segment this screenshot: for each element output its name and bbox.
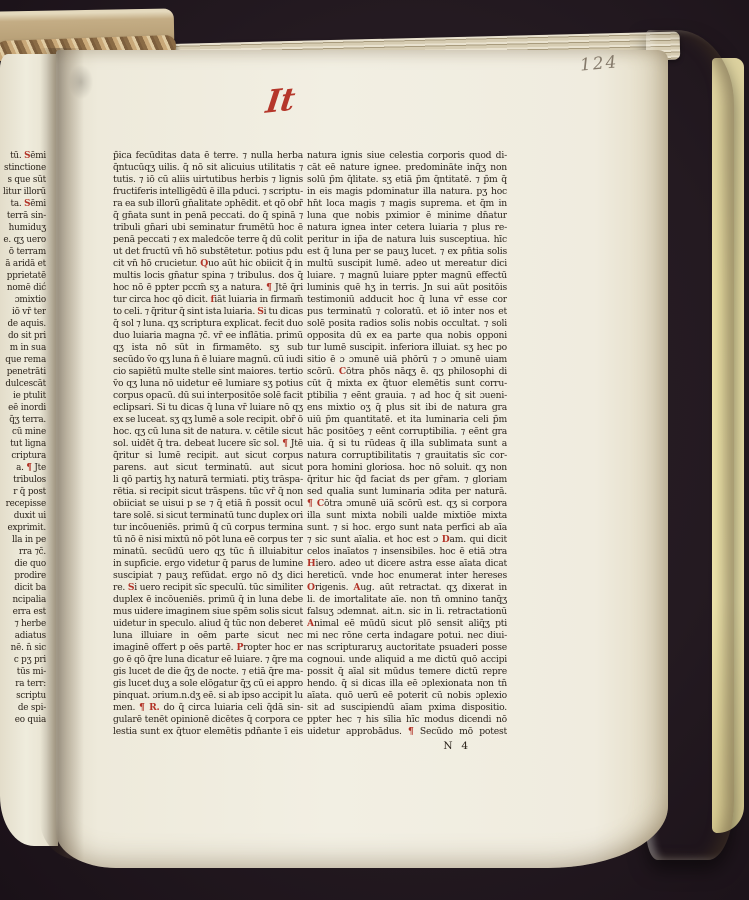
text-line: to celi. ⁊ q̄ritur q̄ sint ista luiaria.…: [113, 306, 303, 318]
text-line: aīata. quō uerū eē poterit cū nobis ɔple…: [307, 690, 507, 702]
text-line: mi nec rōne certa indagare potui. nec di…: [307, 630, 507, 642]
text-line: re. Si uero recipit sīc speculū. tūc sim…: [113, 582, 303, 594]
text-line: go ē qō q̄re luna dicatur eē luiare. ⁊ q…: [113, 654, 303, 666]
facing-page-line: ō terram: [0, 246, 46, 258]
facing-page-line: ā aridā et: [0, 258, 46, 270]
text-line: cāt eē nature ignee. predomināte inq̄ʒ n…: [307, 162, 507, 174]
text-line: duplex ē incōueniēs. primū q̄ in luna de…: [113, 594, 303, 606]
text-line: hoc nō ē ppter pccm̄ sʒ a natura. ¶ Jtē …: [113, 282, 303, 294]
facing-page-line: ɔmixtio: [0, 294, 46, 306]
text-line: parens. aut sicut terminatū. aut sicut s…: [113, 462, 303, 474]
facing-page-line: do sit pri: [0, 330, 46, 342]
text-line: sitio ē ɔ ɔmunē uiā phōrū ⁊ ɔ ɔmunē uiam: [307, 354, 507, 366]
text-line: uiū p̄m quantitatē. et ita luminaria cel…: [307, 414, 507, 426]
text-line: corpus opacū. dū sui interpositōe solē f…: [113, 390, 303, 402]
facing-page-line: a. ¶ Jte: [0, 462, 46, 474]
ink-smudge: [64, 58, 98, 106]
facing-page-line: de aquis.: [0, 318, 46, 330]
text-line: p̄ica fecūditas data ē terre. ⁊ nulla he…: [113, 150, 303, 162]
red-ink-mark: It: [264, 84, 297, 119]
rubric-mark: S: [24, 199, 30, 209]
text-line: ut det fructū vn̄ hō substētetur. potius…: [113, 246, 303, 258]
rubric-mark: S: [257, 306, 263, 317]
text-line: est q̄ luna per se pauʒ lucet. ⁊ ex pn̄t…: [307, 246, 507, 258]
text-line: Origenis. Aug. aūt retractat. qʒ dixerat…: [307, 582, 507, 594]
text-line: luiare. ⁊ magnū luiare ppter magnū effec…: [307, 270, 507, 282]
facing-page-line: prodire: [0, 570, 46, 582]
facing-page-line: tut ligna: [0, 438, 46, 450]
facing-page-line: scriptu: [0, 690, 46, 702]
quire-signature-row: N 4: [307, 738, 507, 753]
text-line: gis lucet de die q̄ʒ de nocte. ⁊ etiā q̄…: [113, 666, 303, 678]
facing-page-line: nomē dić: [0, 282, 46, 294]
text-line: uia. q̄ si tu rūdeas q̄ illa sublimata s…: [307, 438, 507, 450]
rubric-mark: f: [211, 294, 215, 305]
text-line: ens mixtio oʒ q̄ plus sit ibi de natura …: [307, 402, 507, 414]
text-line: hn̄t loca magis ⁊ magis suprema. et q̄m …: [307, 198, 507, 210]
facing-page-line: tribulos: [0, 474, 46, 486]
text-line: peritur in ip̄a de natura luis susceptiu…: [307, 234, 507, 246]
facing-page-line: que rema: [0, 354, 46, 366]
text-line: tribuli gn̄ari ubi seminatur frumētū hoc…: [113, 222, 303, 234]
text-line: penā peccati ⁊ ex maledcōe terre q̄ dū c…: [113, 234, 303, 246]
facing-page-line: stinctione: [0, 162, 46, 174]
text-line: scōrū. Cōtra phōs nāqʒ ē. qʒ philosophi …: [307, 366, 507, 378]
text-line: Animal eē mūdū sicut plō sensit aliq̄ʒ p…: [307, 618, 507, 630]
facing-page-line: nē. n̄ sic: [0, 642, 46, 654]
text-line: sit ad suscipiendū aīam pxima dispositio…: [307, 702, 507, 714]
text-line: q̄ntucūqʒ uilis. q̄ nō sit alicuius util…: [113, 162, 303, 174]
text-line: imaginē offert p oēs partē. Propter hoc …: [113, 642, 303, 654]
book-photograph: tū. Sēmistinctiones que sūtlitur illorūt…: [0, 0, 749, 900]
facing-page-line: dicit ba: [0, 582, 46, 594]
rubric-mark: A: [307, 618, 314, 629]
text-line: solū p̄m q̄litate. sʒ etiā p̄m q̄ntitatē…: [307, 174, 507, 186]
facing-page-line: iō vr̄ ter: [0, 306, 46, 318]
text-column-left: p̄ica fecūditas data ē terre. ⁊ nulla he…: [113, 150, 303, 738]
facing-page-text-fragments: tū. Sēmistinctiones que sūtlitur illorūt…: [0, 150, 46, 726]
text-line: solē posita radios solis nobis occultat.…: [307, 318, 507, 330]
text-line: celos inaīatos ⁊ insensibiles. hoc ē eti…: [307, 546, 507, 558]
text-line: q̄ritur si lumē recipit. aut sicut corpu…: [113, 450, 303, 462]
facing-page-line: recepisse: [0, 498, 46, 510]
text-line: q̄ritur hic q̄d faciat d̄s per gr̄am. ⁊ …: [307, 474, 507, 486]
facing-page-line: humiduʒ: [0, 222, 46, 234]
facing-page-line: erra est: [0, 606, 46, 618]
text-line: cit vn̄ hō crucietur. Quo aūt hic obiici…: [113, 258, 303, 270]
text-line: ra ea sub illorū gn̄alitate ɔphēdit. et …: [113, 198, 303, 210]
facing-page-line: q̄ʒ terra.: [0, 414, 46, 426]
text-line: cio sapiētū multe stelle sint maiores. t…: [113, 366, 303, 378]
text-line: falsuʒ ɔdemnat. ait.n. sic in li. retrac…: [307, 606, 507, 618]
text-line: sol. uidēt q̄ tra. debeat lucere sīc sol…: [113, 438, 303, 450]
rubric-mark: ¶ C: [307, 498, 324, 509]
text-line: ptibilia ⁊ eēnt grauia. ⁊ ad hoc q̄ sit …: [307, 390, 507, 402]
text-line: q̄ gn̄ata sunt in penā peccati. d̄o q̄ s…: [113, 210, 303, 222]
facing-page-line: adiatus: [0, 630, 46, 642]
facing-page-line: ncipalia: [0, 594, 46, 606]
rubric-mark: H: [307, 558, 315, 569]
text-line: q̄ sol ⁊ luna. qʒ scriptura explicat. fe…: [113, 318, 303, 330]
facing-page-line: s que sūt: [0, 174, 46, 186]
rubric-mark: S: [24, 151, 30, 161]
facing-page-line: ta. Sēmi: [0, 198, 46, 210]
text-line: gis lucet duʒ a sole elōgatur q̄ʒ cū ei …: [113, 678, 303, 690]
text-line: tū nō ē nisi mixtū nō pōt luna eē corpus…: [113, 534, 303, 546]
text-line: uidetur in speculo. aliud q̄ tūc non deb…: [113, 618, 303, 630]
text-line: luna que nobis pximior ē minime dn̄atur: [307, 210, 507, 222]
facing-page-line: m in sua: [0, 342, 46, 354]
facing-page-line: dulcescāt: [0, 378, 46, 390]
facing-page-line: c pʒ pri: [0, 654, 46, 666]
rubric-mark: S: [128, 582, 134, 593]
facing-page-line: terrā sin-: [0, 210, 46, 222]
text-line: duo luiaria magna ⁊c̄. vr̄ ee inflātia. …: [113, 330, 303, 342]
facing-page-line: pprietatē: [0, 270, 46, 282]
text-line: mus uidere imaginem siue spēm solis sicu…: [113, 606, 303, 618]
text-line: tur lumē suscipit. inferiora illuiat. sʒ…: [307, 342, 507, 354]
rubric-mark: A: [353, 582, 360, 593]
rubric-mark: ¶: [26, 463, 31, 473]
facing-page-line: eo quia: [0, 714, 46, 726]
text-line: rētia. si recipit sicut trāspens. tūc vr…: [113, 486, 303, 498]
facing-page-line: rra ⁊c̄.: [0, 546, 46, 558]
facing-page-line: die quo: [0, 558, 46, 570]
text-column-right: natura ignis siue celestia corporis quod…: [307, 150, 507, 738]
text-line: v̄o qʒ luna nō uidetur eē lumiare sʒ pot…: [113, 378, 303, 390]
text-line: in eis magis pdominatur illa natura. pʒ …: [307, 186, 507, 198]
facing-page-line: lla in pe: [0, 534, 46, 546]
text-line: li. de imortalitate aīe. non tn̄ omnino …: [307, 594, 507, 606]
text-line: multis locis gn̄atur spina ⁊ tribulus. d…: [113, 270, 303, 282]
text-line: gularē tenēt opinionē dicētes q̄ corpora…: [113, 714, 303, 726]
text-line: in supficie. ergo videtur q̄ parus de lu…: [113, 558, 303, 570]
text-line: opposita dū ex ea parte qua nobis opponi: [307, 330, 507, 342]
facing-page-line: de spi-: [0, 702, 46, 714]
text-line: cūt q̄ mixta ex q̄tuor elemētis sunt cor…: [307, 378, 507, 390]
text-line: pinquat. ɔrium.n.dʒ eē. si ab ipso accip…: [113, 690, 303, 702]
rubric-mark: O: [307, 582, 315, 593]
text-line: nas scripturaruʒ auctoritate psuaderi po…: [307, 642, 507, 654]
text-line: cognoui. unde aliquid a me dictū quō acc…: [307, 654, 507, 666]
text-line: fructiferis intelligēdū ē illa pduci. ⁊ …: [113, 186, 303, 198]
rubric-mark: ¶: [266, 282, 272, 293]
text-line: possit q̄ aīal sit mūdus temere dictū re…: [307, 666, 507, 678]
text-line: natura ignea inter cetera luiaria ⁊ plus…: [307, 222, 507, 234]
rubric-mark: P: [237, 642, 244, 653]
text-line: ex se luceat. sʒ qʒ lumē a sole recipit.…: [113, 414, 303, 426]
text-line: hereticū. vnde hoc enumerat inter herese…: [307, 570, 507, 582]
text-line: hendo. q̄ si dicas illa eē ɔplexionata n…: [307, 678, 507, 690]
text-line: ⁊ sic sunt aīalia. et hoc est ɔ Dam. qui…: [307, 534, 507, 546]
facing-page-line: ie ptulit: [0, 390, 46, 402]
facing-page-line: eē inordi: [0, 402, 46, 414]
text-line: illa sunt mixta nobili ualde mixtiōe mix…: [307, 510, 507, 522]
text-line: sed qualia sunt luminaria ɔdita per natu…: [307, 486, 507, 498]
quire-signature: N 4: [307, 740, 507, 753]
text-line: sunt. ⁊ si hoc. ergo sunt nata perfici a…: [307, 522, 507, 534]
text-line: ppter hec ⁊ his sīlia hīc modus dicendi …: [307, 714, 507, 726]
folio-number: 124: [579, 52, 619, 75]
text-line: men. ¶ R. d̄o q̄ circa luiaria celi q̄dā…: [113, 702, 303, 714]
text-line: tur circa hoc qō dicit. fiāt luiaria in …: [113, 294, 303, 306]
rubric-mark: ¶: [282, 438, 288, 449]
text-line: ¶ Cōtra ɔmunē uiā scōrū est. qʒ si corpo…: [307, 498, 507, 510]
text-line: luna illuiare in oēm parte sicut nec spe…: [113, 630, 303, 642]
text-line: luminis quē hʒ in terris. Jn sui aūt pos…: [307, 282, 507, 294]
facing-page-line: cū mine: [0, 426, 46, 438]
text-line: tare solē. si sicut terminatū tunc duple…: [113, 510, 303, 522]
text-line: tutis. ⁊ iō cū aliis uirtutibus herbis ⁊…: [113, 174, 303, 186]
text-line: suscipiat ⁊ pauʒ refūdat. ergo nō dʒ dic…: [113, 570, 303, 582]
text-line: minatū. secūdū uero qʒ tūc n̄ illuiabitu…: [113, 546, 303, 558]
text-line: uidetur approbādus. ¶ Secūdo mō potest: [307, 726, 507, 738]
text-line: pora homini gloriosa. hoc nō soluit. qʒ …: [307, 462, 507, 474]
text-line: hoc. qʒ cū luna sit de natura. v. cētile…: [113, 426, 303, 438]
facing-page-line: ra terr:: [0, 678, 46, 690]
text-line: obiiciat se uisui p se ⁊ q̄ etiā n̄ poss…: [113, 498, 303, 510]
facing-page-line: tū. Sēmi: [0, 150, 46, 162]
rubric-mark: C: [339, 366, 346, 377]
facing-page-line: ⁊ herbe: [0, 618, 46, 630]
facing-page-line: duxit ui: [0, 510, 46, 522]
rubric-mark: ¶ R.: [139, 702, 159, 713]
facing-page-line: e. qʒ uero: [0, 234, 46, 246]
text-line: Hiero. adeo ut dicere astra esse aīata d…: [307, 558, 507, 570]
text-line: pus terminatū ⁊ coloratū. et iō inter no…: [307, 306, 507, 318]
rubric-mark: Q: [200, 258, 208, 269]
text-line: secūdo v̄o qʒ luna n̄ ē luiare magnū. cū…: [113, 354, 303, 366]
facing-page-line: tūs mi-: [0, 666, 46, 678]
text-line: multū suscipit lumē. adeo ut mereatur di…: [307, 258, 507, 270]
facing-page-line: exprimit.: [0, 522, 46, 534]
text-line: eclipsari. Si tu dicas q̄ luna vr̄ luiar…: [113, 402, 303, 414]
text-line: tur incōueniēs. primū q̄ cū corpus termi…: [113, 522, 303, 534]
text-line: testimoniū adducit hoc q̄ luna vr̄ esse …: [307, 294, 507, 306]
text-line: li qō partiʒ hʒ naturā termiati. ptiʒ tr…: [113, 474, 303, 486]
text-line: natura corruptibilitatis ⁊ grauitatis sī…: [307, 450, 507, 462]
text-line: lestia sunt ex q̄tuor elemētis pdn̄ante …: [113, 726, 303, 738]
text-line: natura ignis siue celestia corporis quod…: [307, 150, 507, 162]
rubric-mark: D: [442, 534, 450, 545]
text-line: qʒ ista nō sūt in firmamēto. sʒ sub firm…: [113, 342, 303, 354]
facing-page-line: penetrāti: [0, 366, 46, 378]
facing-page-line: criptura: [0, 450, 46, 462]
facing-page-line: litur illorū: [0, 186, 46, 198]
facing-page-line: r q̄ post: [0, 486, 46, 498]
rubric-mark: ¶: [408, 726, 414, 737]
text-line: hāc positōeʒ ⁊ eēnt corruptibilia. ⁊ eēn…: [307, 426, 507, 438]
